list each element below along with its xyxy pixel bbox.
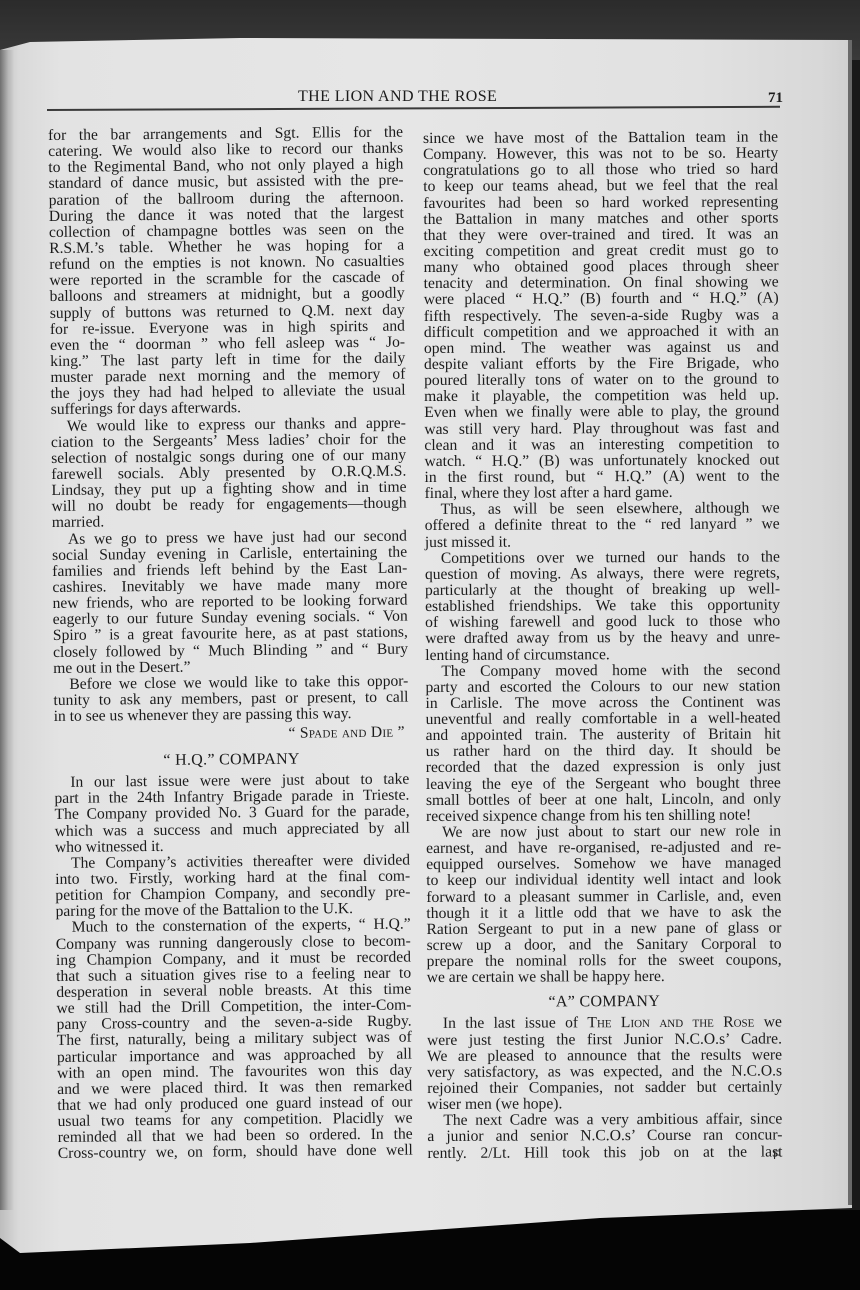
text-line: rently. 2/Lt. Hill took this job on at t… [427, 1144, 782, 1162]
paragraph: We are now just about to start our new r… [426, 823, 782, 986]
gutter-shadow [0, 50, 14, 1210]
left-column: for the bar arrangements and Sgt. Ellis … [48, 125, 413, 1163]
paragraph: The Company moved home with the secondpa… [425, 662, 781, 825]
running-head: THE LION AND THE ROSE 71 [50, 88, 780, 108]
paragraph: As we go to press we have just had our s… [52, 528, 408, 677]
paragraph: were just testing the first Junior N.C.O… [427, 1031, 782, 1113]
signature: “ Spade and Die ” [54, 724, 409, 745]
page-edge [848, 40, 852, 1205]
paragraph: Before we close we would like to take th… [53, 673, 408, 725]
right-column: since we have most of the Battalion team… [423, 129, 782, 1161]
paragraph: The Company’s activities thereafter were… [55, 852, 411, 920]
text-line: offered a definite threat to the “ red l… [425, 517, 780, 535]
text-line: closely followed by “ Much Blinding ” an… [53, 641, 408, 661]
paragraph: since we have most of the Battalion team… [423, 129, 780, 502]
text-line: in to see us whenever they are passing t… [54, 706, 409, 726]
running-title: THE LION AND THE ROSE [298, 88, 497, 106]
text-line: rejoined their Companies, not sadder but… [427, 1079, 782, 1097]
paragraph: Much to the consternation of the experts… [56, 917, 413, 1163]
text-run: we [754, 1014, 782, 1031]
text-line: we are certain we shall be happy here. [427, 969, 782, 987]
page-number: 71 [768, 90, 783, 107]
text-line: Cross-country we, on form, should have d… [58, 1143, 413, 1163]
text-run: In the last issue of [443, 1015, 588, 1033]
paragraph: The next Cadre was a very ambitious affa… [427, 1112, 782, 1162]
paragraph: In our last issue were were just about t… [54, 772, 410, 856]
paragraph: for the bar arrangements and Sgt. Ellis … [48, 125, 406, 419]
signature-mark: F [773, 1148, 780, 1162]
paragraph: Thus, as will be seen elsewhere, althoug… [425, 501, 780, 551]
publication-title: The Lion and the Rose [587, 1014, 754, 1032]
section-heading-hq-company: “ H.Q.” COMPANY [54, 750, 409, 771]
paragraph: Competitions over we turned our hands to… [425, 549, 780, 664]
text-line: were drafted away from us by the heavy a… [425, 630, 780, 648]
section-heading-a-company: “A” COMPANY [427, 993, 782, 1013]
text-line: which was a success and much appreciated… [55, 820, 410, 840]
paragraph: We would like to express our thanks and … [51, 415, 407, 531]
